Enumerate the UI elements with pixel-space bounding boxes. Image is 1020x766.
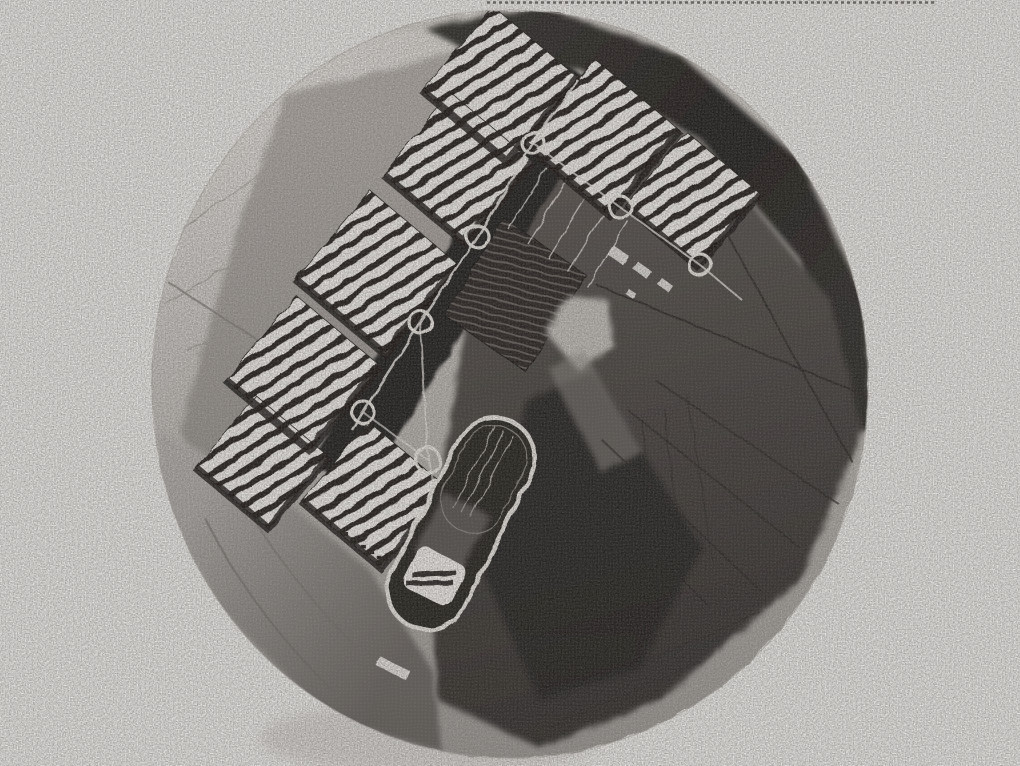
halftone-photograph xyxy=(0,0,1020,766)
photo-canvas xyxy=(0,0,1020,766)
halftone-grain xyxy=(0,0,1020,766)
